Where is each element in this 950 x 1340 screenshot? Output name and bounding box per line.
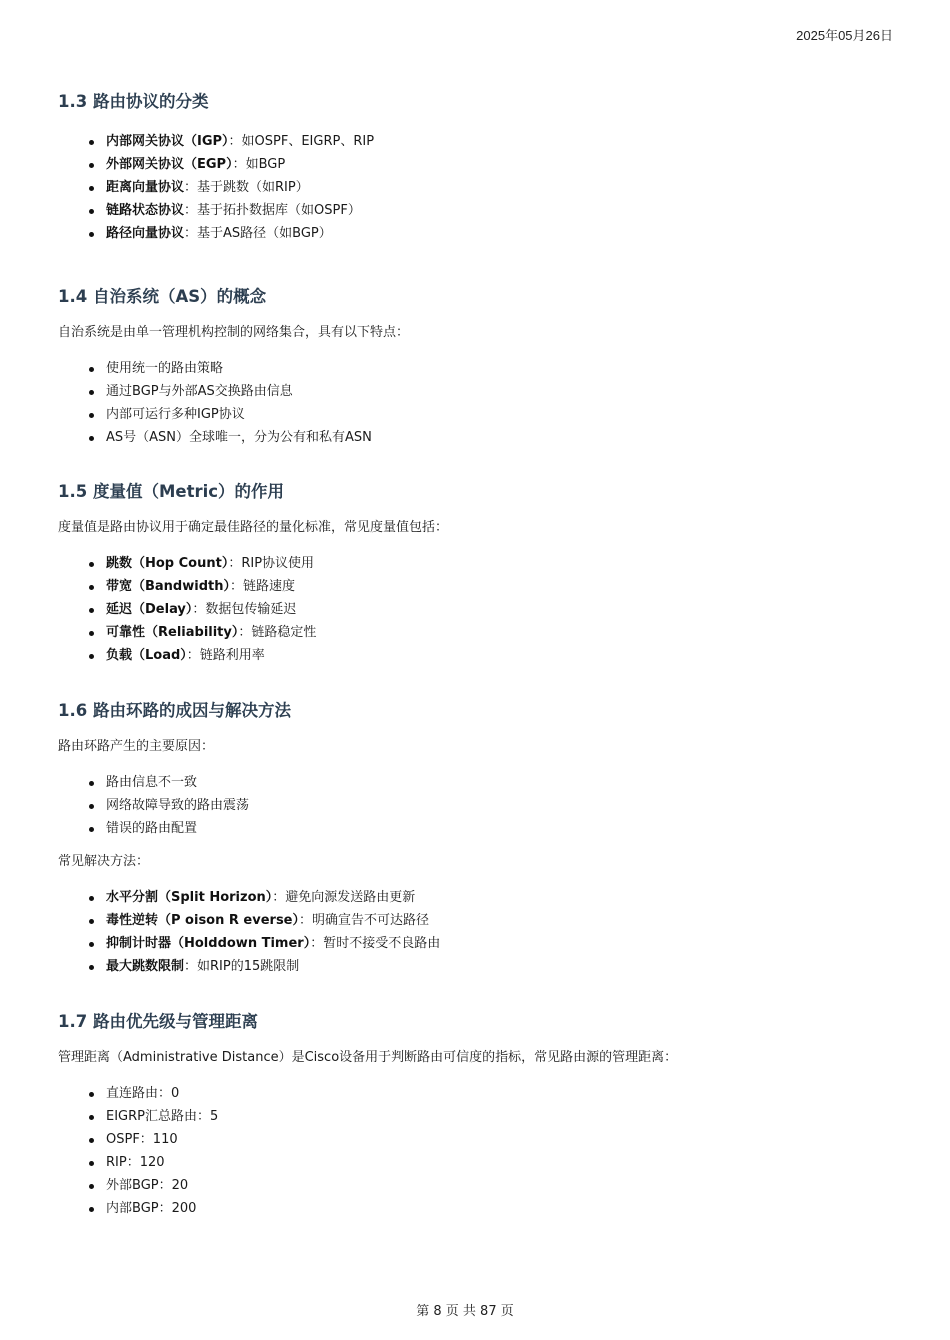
list-item: 网络故障导致的路由震荡: [106, 794, 898, 817]
description: ：链路稳定性: [238, 625, 316, 640]
description: 内部BGP：200: [106, 1201, 196, 1216]
section-heading: 1.7 路由优先级与管理距离: [58, 1008, 898, 1036]
list-item: 水平分割（Split Horizon）：避免向源发送路由更新: [106, 886, 898, 909]
list-item: 带宽（Bandwidth）：链路速度: [106, 575, 898, 598]
list-item: 内部可运行多种IGP协议: [106, 403, 898, 426]
list-item: 错误的路由配置: [106, 817, 898, 840]
list-item: 内部网关协议（IGP）：如OSPF、EIGRP、RIP: [106, 130, 898, 153]
page-indicator: 第 8 页 共 87 页: [0, 1300, 930, 1319]
term: 毒性逆转（P oison R everse）: [106, 913, 299, 928]
list-item: RIP：120: [106, 1151, 898, 1174]
term: 最大跳数限制: [106, 959, 184, 974]
section-heading: 1.5 度量值（Metric）的作用: [58, 478, 898, 506]
description: ：基于拓扑数据库（如OSPF）: [184, 203, 361, 218]
term: 跳数（Hop Count）: [106, 556, 228, 571]
document-page: 1.3 路由协议的分类 内部网关协议（IGP）：如OSPF、EIGRP、RIP …: [58, 88, 898, 1220]
description: 内部可运行多种IGP协议: [106, 407, 245, 422]
list-item: 路由信息不一致: [106, 771, 898, 794]
list-item: 负载（Load）：链路利用率: [106, 644, 898, 667]
description: RIP：120: [106, 1155, 165, 1170]
description: ：暂时不接受不良路由: [310, 936, 440, 951]
description: ：如OSPF、EIGRP、RIP: [229, 134, 375, 149]
section-heading: 1.3 路由协议的分类: [58, 88, 898, 116]
description: ：如RIP的15跳限制: [184, 959, 299, 974]
term: 链路状态协议: [106, 203, 184, 218]
bullet-list: 使用统一的路由策略 通过BGP与外部AS交换路由信息 内部可运行多种IGP协议 …: [58, 357, 898, 449]
term: 延迟（Delay）: [106, 602, 192, 617]
term: 路径向量协议: [106, 226, 184, 241]
section-intro: 路由环路产生的主要原因：: [58, 737, 898, 757]
description: AS号（ASN）全球唯一，分为公有和私有ASN: [106, 430, 372, 445]
list-item: 距离向量协议：基于跳数（如RIP）: [106, 176, 898, 199]
term: 外部网关协议（EGP）: [106, 157, 233, 172]
description: 网络故障导致的路由震荡: [106, 798, 249, 813]
term: 抑制计时器（Holddown Timer）: [106, 936, 310, 951]
description: 外部BGP：20: [106, 1178, 188, 1193]
list-item: 链路状态协议：基于拓扑数据库（如OSPF）: [106, 199, 898, 222]
list-item: 使用统一的路由策略: [106, 357, 898, 380]
list-item: 直连路由：0: [106, 1082, 898, 1105]
list-item: 可靠性（Reliability）：链路稳定性: [106, 621, 898, 644]
description: 使用统一的路由策略: [106, 361, 223, 376]
list-item: 毒性逆转（P oison R everse）：明确宣告不可达路径: [106, 909, 898, 932]
term: 距离向量协议: [106, 180, 184, 195]
list-item: 通过BGP与外部AS交换路由信息: [106, 380, 898, 403]
description: ：明确宣告不可达路径: [299, 913, 429, 928]
list-item: 内部BGP：200: [106, 1197, 898, 1220]
term: 内部网关协议（IGP）: [106, 134, 229, 149]
section-1-5: 1.5 度量值（Metric）的作用 度量值是路由协议用于确定最佳路径的量化标准…: [58, 478, 898, 697]
list-item: 跳数（Hop Count）：RIP协议使用: [106, 552, 898, 575]
bullet-list: 路由信息不一致 网络故障导致的路由震荡 错误的路由配置: [58, 771, 898, 840]
list-lead: 常见解决方法：: [58, 852, 898, 872]
section-1-3: 1.3 路由协议的分类 内部网关协议（IGP）：如OSPF、EIGRP、RIP …: [58, 88, 898, 283]
list-item: AS号（ASN）全球唯一，分为公有和私有ASN: [106, 426, 898, 449]
section-intro: 度量值是路由协议用于确定最佳路径的量化标准，常见度量值包括：: [58, 518, 898, 538]
description: 通过BGP与外部AS交换路由信息: [106, 384, 293, 399]
header-date: 2025年05月26日: [796, 25, 893, 44]
list-item: 路径向量协议：基于AS路径（如BGP）: [106, 222, 898, 245]
description: 直连路由：0: [106, 1086, 179, 1101]
bullet-list: 直连路由：0 EIGRP汇总路由：5 OSPF：110 RIP：120 外部BG…: [58, 1082, 898, 1220]
term: 带宽（Bandwidth）: [106, 579, 230, 594]
description: 错误的路由配置: [106, 821, 197, 836]
section-1-4: 1.4 自治系统（AS）的概念 自治系统是由单一管理机构控制的网络集合，具有以下…: [58, 283, 898, 478]
list-item: 最大跳数限制：如RIP的15跳限制: [106, 955, 898, 978]
list-item: 抑制计时器（Holddown Timer）：暂时不接受不良路由: [106, 932, 898, 955]
list-item: OSPF：110: [106, 1128, 898, 1151]
list-item: EIGRP汇总路由：5: [106, 1105, 898, 1128]
list-item: 外部BGP：20: [106, 1174, 898, 1197]
bullet-list: 水平分割（Split Horizon）：避免向源发送路由更新 毒性逆转（P oi…: [58, 886, 898, 978]
list-item: 延迟（Delay）：数据包传输延迟: [106, 598, 898, 621]
bullet-list: 内部网关协议（IGP）：如OSPF、EIGRP、RIP 外部网关协议（EGP）：…: [58, 130, 898, 245]
section-intro: 管理距离（Administrative Distance）是Cisco设备用于判…: [58, 1048, 898, 1068]
description: ：RIP协议使用: [228, 556, 314, 571]
section-intro: 自治系统是由单一管理机构控制的网络集合，具有以下特点：: [58, 323, 898, 343]
description: ：避免向源发送路由更新: [272, 890, 415, 905]
term: 可靠性（Reliability）: [106, 625, 238, 640]
section-heading: 1.6 路由环路的成因与解决方法: [58, 697, 898, 725]
description: ：链路利用率: [187, 648, 265, 663]
description: ：基于跳数（如RIP）: [184, 180, 309, 195]
list-item: 外部网关协议（EGP）：如BGP: [106, 153, 898, 176]
section-heading: 1.4 自治系统（AS）的概念: [58, 283, 898, 311]
term: 负载（Load）: [106, 648, 187, 663]
description: ：链路速度: [230, 579, 295, 594]
description: EIGRP汇总路由：5: [106, 1109, 218, 1124]
description: 路由信息不一致: [106, 775, 197, 790]
section-1-6: 1.6 路由环路的成因与解决方法 路由环路产生的主要原因： 路由信息不一致 网络…: [58, 697, 898, 1008]
description: OSPF：110: [106, 1132, 178, 1147]
description: ：如BGP: [233, 157, 286, 172]
bullet-list: 跳数（Hop Count）：RIP协议使用 带宽（Bandwidth）：链路速度…: [58, 552, 898, 667]
term: 水平分割（Split Horizon）: [106, 890, 272, 905]
description: ：数据包传输延迟: [192, 602, 296, 617]
section-1-7: 1.7 路由优先级与管理距离 管理距离（Administrative Dista…: [58, 1008, 898, 1220]
description: ：基于AS路径（如BGP）: [184, 226, 332, 241]
